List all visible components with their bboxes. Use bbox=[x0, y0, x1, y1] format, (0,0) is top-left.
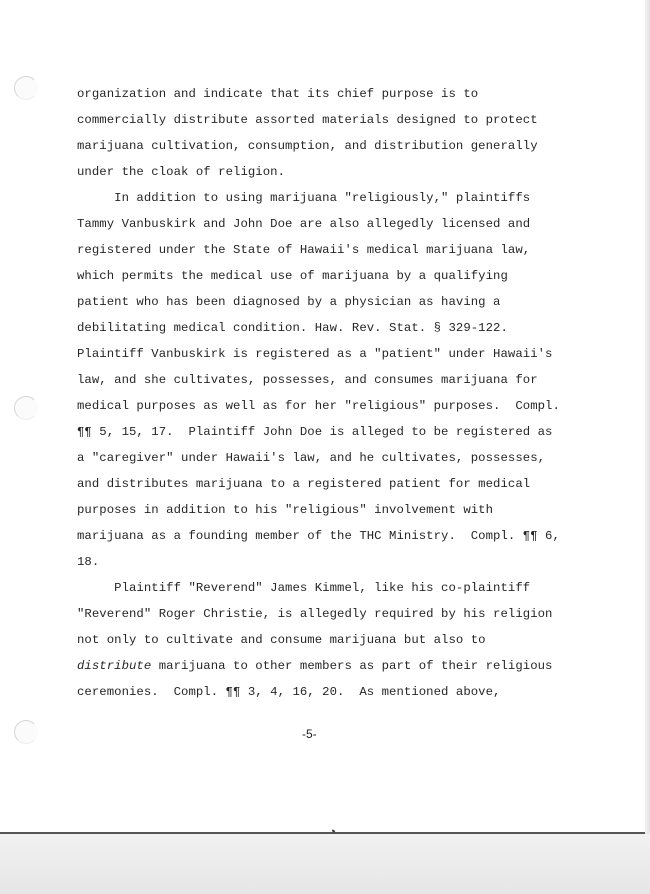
text-line: Plaintiff "Reverend" James Kimmel, like … bbox=[77, 578, 577, 604]
line-text: commercially distribute assorted materia… bbox=[77, 113, 538, 127]
line-text: and distributes marijuana to a registere… bbox=[77, 477, 530, 491]
text-line: debilitating medical condition. Haw. Rev… bbox=[77, 318, 577, 344]
emphasized-word: distribute bbox=[77, 659, 151, 673]
line-text: debilitating medical condition. Haw. Rev… bbox=[77, 321, 508, 335]
line-text: ¶¶ 5, 15, 17. Plaintiff John Doe is alle… bbox=[77, 425, 552, 439]
text-line: commercially distribute assorted materia… bbox=[77, 110, 577, 136]
text-line: ¶¶ 5, 15, 17. Plaintiff John Doe is alle… bbox=[77, 422, 577, 448]
line-text: which permits the medical use of marijua… bbox=[77, 269, 508, 283]
line-text: patient who has been diagnosed by a phys… bbox=[77, 295, 500, 309]
text-line: marijuana cultivation, consumption, and … bbox=[77, 136, 577, 162]
line-text: marijuana cultivation, consumption, and … bbox=[77, 139, 538, 153]
text-line: distribute marijuana to other members as… bbox=[77, 656, 577, 682]
text-line: medical purposes as well as for her "rel… bbox=[77, 396, 577, 422]
line-text: organization and indicate that its chief… bbox=[77, 87, 478, 101]
line-text: marijuana to other members as part of th… bbox=[151, 659, 552, 673]
text-line: which permits the medical use of marijua… bbox=[77, 266, 577, 292]
text-line: 18. bbox=[77, 552, 577, 578]
text-line: patient who has been diagnosed by a phys… bbox=[77, 292, 577, 318]
line-text: under the cloak of religion. bbox=[77, 165, 285, 179]
line-text: Plaintiff Vanbuskirk is registered as a … bbox=[77, 347, 552, 361]
scanner-background bbox=[0, 834, 650, 894]
text-line: Tammy Vanbuskirk and John Doe are also a… bbox=[77, 214, 577, 240]
hole-punch-bottom bbox=[14, 720, 38, 744]
text-line: under the cloak of religion. bbox=[77, 162, 577, 188]
line-text: marijuana as a founding member of the TH… bbox=[77, 529, 560, 543]
text-line: ceremonies. Compl. ¶¶ 3, 4, 16, 20. As m… bbox=[77, 682, 577, 708]
hole-punch-top bbox=[14, 76, 38, 100]
text-line: a "caregiver" under Hawaii's law, and he… bbox=[77, 448, 577, 474]
page-edge-shadow bbox=[645, 0, 650, 832]
text-line: registered under the State of Hawaii's m… bbox=[77, 240, 577, 266]
text-line: "Reverend" Roger Christie, is allegedly … bbox=[77, 604, 577, 630]
line-text: not only to cultivate and consume mariju… bbox=[77, 633, 486, 647]
document-body-text: organization and indicate that its chief… bbox=[77, 84, 577, 708]
line-text: purposes in addition to his "religious" … bbox=[77, 503, 493, 517]
line-text: In addition to using marijuana "religiou… bbox=[77, 191, 530, 205]
text-line: not only to cultivate and consume mariju… bbox=[77, 630, 577, 656]
hole-punch-middle bbox=[14, 396, 38, 420]
page-number: -5- bbox=[302, 727, 317, 741]
text-line: Plaintiff Vanbuskirk is registered as a … bbox=[77, 344, 577, 370]
line-text: medical purposes as well as for her "rel… bbox=[77, 399, 560, 413]
text-line: organization and indicate that its chief… bbox=[77, 84, 577, 110]
line-text: a "caregiver" under Hawaii's law, and he… bbox=[77, 451, 545, 465]
line-text: Plaintiff "Reverend" James Kimmel, like … bbox=[77, 581, 530, 595]
text-line: In addition to using marijuana "religiou… bbox=[77, 188, 577, 214]
line-text: "Reverend" Roger Christie, is allegedly … bbox=[77, 607, 552, 621]
line-text: law, and she cultivates, possesses, and … bbox=[77, 373, 538, 387]
text-line: and distributes marijuana to a registere… bbox=[77, 474, 577, 500]
document-page: organization and indicate that its chief… bbox=[0, 0, 645, 834]
text-line: law, and she cultivates, possesses, and … bbox=[77, 370, 577, 396]
text-line: marijuana as a founding member of the TH… bbox=[77, 526, 577, 552]
line-text: 18. bbox=[77, 555, 99, 569]
line-text: Tammy Vanbuskirk and John Doe are also a… bbox=[77, 217, 530, 231]
line-text: ceremonies. Compl. ¶¶ 3, 4, 16, 20. As m… bbox=[77, 685, 500, 699]
line-text: registered under the State of Hawaii's m… bbox=[77, 243, 530, 257]
text-line: purposes in addition to his "religious" … bbox=[77, 500, 577, 526]
